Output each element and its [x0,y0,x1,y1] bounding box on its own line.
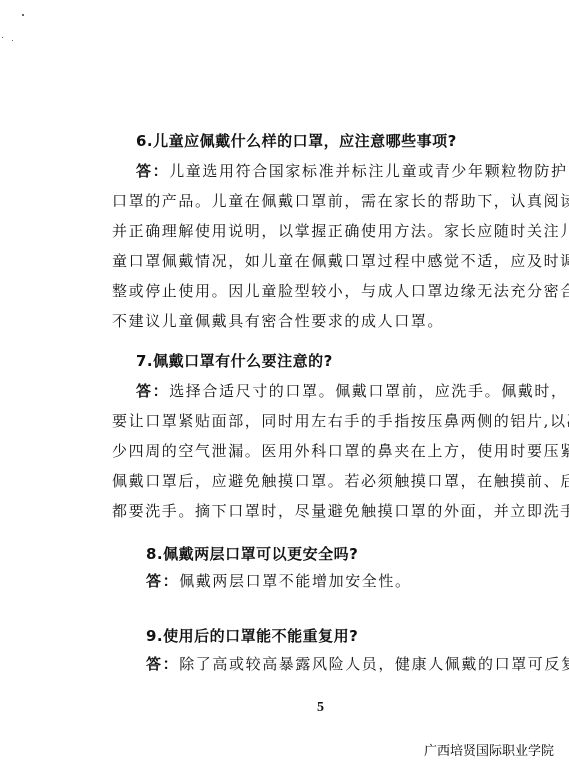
scan-speck [22,14,24,16]
scan-speck [12,40,13,41]
answer-line: 要让口罩紧贴面部，同时用左右手的手指按压鼻两侧的铝片,以减 [112,410,569,431]
answer-line: 少四周的空气泄漏。医用外科口罩的鼻夹在上方，使用时要压紧。 [112,440,569,461]
answer-line: 整或停止使用。因儿童脸型较小，与成人口罩边缘无法充分密合， [112,280,569,301]
answer-line: 不建议儿童佩戴具有密合性要求的成人口罩。 [112,310,444,331]
answer-line: 口罩的产品。儿童在佩戴口罩前，需在家长的帮助下，认真阅读 [112,190,569,211]
answer-label: 答： [146,655,179,673]
answer-line: 并正确理解使用说明，以掌握正确使用方法。家长应随时关注儿 [112,220,569,241]
page-number: 5 [317,700,324,716]
answer-line: 都要洗手。摘下口罩时，尽量避免触摸口罩的外面，并立即洗手。 [112,500,569,521]
question-heading: 9.使用后的口罩能不能重复用? [146,625,358,646]
document-page: 6.儿童应佩戴什么样的口罩，应注意哪些事项? 答：儿童选用符合国家标准并标注儿童… [0,0,569,764]
answer-line: 答：除了高或较高暴露风险人员，健康人佩戴的口罩可反复 [146,653,569,674]
question-heading: 6.儿童应佩戴什么样的口罩，应注意哪些事项? [136,130,457,151]
scan-speck [2,37,3,38]
answer-label: 答： [136,162,169,180]
answer-line: 答：佩戴两层口罩不能增加安全性。 [146,570,412,591]
answer-line: 佩戴口罩后，应避免触摸口罩。若必须触摸口罩，在触摸前、后 [112,470,569,491]
answer-label: 答： [146,572,179,590]
institution-watermark: 广西培贤国际职业学院 [424,740,554,759]
answer-line: 童口罩佩戴情况，如儿童在佩戴口罩过程中感觉不适，应及时调 [112,250,569,271]
answer-label: 答： [136,382,169,400]
answer-line: 答：选择合适尺寸的口罩。佩戴口罩前，应洗手。佩戴时， [136,380,568,401]
question-heading: 8.佩戴两层口罩可以更安全吗? [146,543,358,564]
answer-line: 答：儿童选用符合国家标准并标注儿童或青少年颗粒物防护 [136,160,568,181]
question-heading: 7.佩戴口罩有什么要注意的? [136,350,333,371]
